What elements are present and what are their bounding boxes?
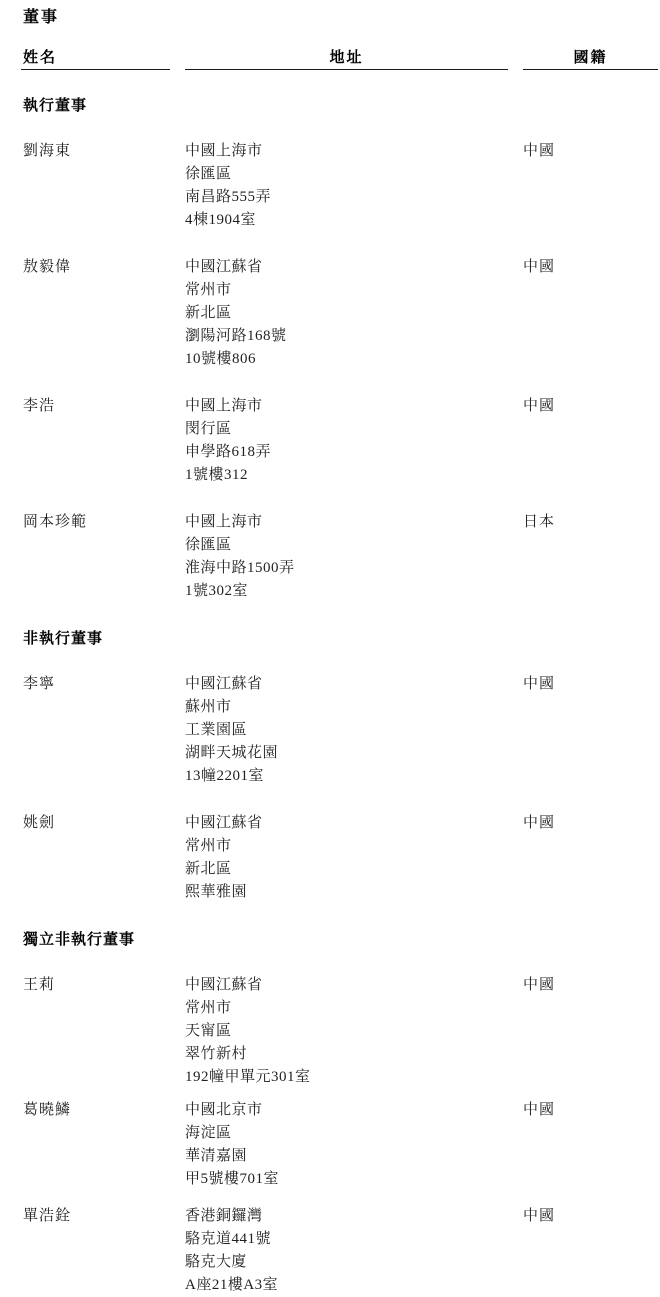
director-name: 李寧 [21, 673, 185, 788]
address-line: 蘇州市 [185, 696, 523, 719]
address-line: 徐匯區 [185, 534, 523, 557]
address-line: 華清嘉園 [185, 1145, 523, 1168]
column-header-nationality: 國籍 [523, 50, 658, 70]
address-line: 中國上海市 [185, 395, 523, 418]
director-nationality: 中國 [523, 1099, 660, 1191]
director-address: 中國上海市徐匯區南昌路555弄4棟1904室 [185, 140, 523, 232]
director-name: 葛曉鱗 [21, 1099, 185, 1191]
director-nationality: 中國 [523, 673, 660, 788]
director-nationality: 中國 [523, 256, 660, 371]
column-header-name-cell: 姓名 [21, 50, 185, 70]
director-nationality: 中國 [523, 1205, 660, 1297]
address-line: 13幢2201室 [185, 765, 523, 788]
address-line: 中國上海市 [185, 140, 523, 163]
director-address: 中國江蘇省常州市天甯區翠竹新村192幢甲單元301室 [185, 974, 523, 1089]
address-line: 4棟1904室 [185, 209, 523, 232]
director-address: 中國江蘇省蘇州市工業園區湖畔天城花園13幢2201室 [185, 673, 523, 788]
address-line: 中國江蘇省 [185, 974, 523, 997]
address-line: 申學路618弄 [185, 441, 523, 464]
address-line: 駱克大廈 [185, 1251, 523, 1274]
director-address: 中國上海市徐匯區淮海中路1500弄1號302室 [185, 511, 523, 603]
director-address: 中國北京市海淀區華清嘉園甲5號樓701室 [185, 1099, 523, 1191]
address-line: 1號302室 [185, 580, 523, 603]
director-name: 李浩 [21, 395, 185, 487]
director-nationality: 中國 [523, 812, 660, 904]
address-line: 1號樓312 [185, 464, 523, 487]
address-line: 中國上海市 [185, 511, 523, 534]
address-line: 常州市 [185, 835, 523, 858]
address-line: 淮海中路1500弄 [185, 557, 523, 580]
director-address: 中國江蘇省常州市新北區瀏陽河路168號10號樓806 [185, 256, 523, 371]
director-section: 非執行董事 李寧 中國江蘇省蘇州市工業園區湖畔天城花園13幢2201室 中國 姚… [21, 629, 660, 904]
director-nationality: 中國 [523, 140, 660, 232]
address-line: 南昌路555弄 [185, 186, 523, 209]
prospectus-directors-page: 董事 姓名 地址 國籍 執行董事 劉海東 中國上海市徐匯區南昌路555弄4棟19… [0, 0, 660, 1297]
director-section: 獨立非執行董事 王莉 中國江蘇省常州市天甯區翠竹新村192幢甲單元301室 中國… [21, 930, 660, 1297]
address-line: 天甯區 [185, 1020, 523, 1043]
address-line: 中國江蘇省 [185, 673, 523, 696]
section-rows: 劉海東 中國上海市徐匯區南昌路555弄4棟1904室 中國 敖毅偉 中國江蘇省常… [21, 140, 660, 603]
column-header-address: 地址 [185, 50, 508, 70]
director-nationality: 中國 [523, 395, 660, 487]
director-row: 岡本珍範 中國上海市徐匯區淮海中路1500弄1號302室 日本 [21, 511, 660, 603]
director-name: 劉海東 [21, 140, 185, 232]
section-heading: 非執行董事 [21, 629, 660, 649]
address-line: 192幢甲單元301室 [185, 1066, 523, 1089]
director-row: 敖毅偉 中國江蘇省常州市新北區瀏陽河路168號10號樓806 中國 [21, 256, 660, 371]
director-address: 中國江蘇省常州市新北區熙華雅園 [185, 812, 523, 904]
address-line: 瀏陽河路168號 [185, 325, 523, 348]
address-line: 閔行區 [185, 418, 523, 441]
director-row: 王莉 中國江蘇省常州市天甯區翠竹新村192幢甲單元301室 中國 [21, 974, 660, 1089]
address-line: 中國北京市 [185, 1099, 523, 1122]
table-header-row: 姓名 地址 國籍 [21, 50, 660, 70]
column-header-nationality-cell: 國籍 [523, 50, 660, 70]
director-row: 姚劍 中國江蘇省常州市新北區熙華雅園 中國 [21, 812, 660, 904]
director-address: 香港銅鑼灣駱克道441號駱克大廈A座21樓A3室 [185, 1205, 523, 1297]
director-row: 李浩 中國上海市閔行區申學路618弄1號樓312 中國 [21, 395, 660, 487]
address-line: 甲5號樓701室 [185, 1168, 523, 1191]
director-row: 葛曉鱗 中國北京市海淀區華清嘉園甲5號樓701室 中國 [21, 1099, 660, 1191]
address-line: 常州市 [185, 279, 523, 302]
address-line: 徐匯區 [185, 163, 523, 186]
address-line: 新北區 [185, 858, 523, 881]
column-header-address-cell: 地址 [185, 50, 523, 70]
page-title: 董事 [21, 8, 660, 28]
address-line: 湖畔天城花園 [185, 742, 523, 765]
directors-table-body: 執行董事 劉海東 中國上海市徐匯區南昌路555弄4棟1904室 中國 敖毅偉 中… [21, 96, 660, 1297]
address-line: 熙華雅園 [185, 881, 523, 904]
address-line: 新北區 [185, 302, 523, 325]
address-line: 常州市 [185, 997, 523, 1020]
director-name: 敖毅偉 [21, 256, 185, 371]
section-rows: 王莉 中國江蘇省常州市天甯區翠竹新村192幢甲單元301室 中國 葛曉鱗 中國北… [21, 974, 660, 1297]
address-line: 駱克道441號 [185, 1228, 523, 1251]
director-name: 王莉 [21, 974, 185, 1089]
address-line: 工業園區 [185, 719, 523, 742]
address-line: 中國江蘇省 [185, 812, 523, 835]
director-name: 單浩銓 [21, 1205, 185, 1297]
director-address: 中國上海市閔行區申學路618弄1號樓312 [185, 395, 523, 487]
section-heading: 執行董事 [21, 96, 660, 116]
director-row: 李寧 中國江蘇省蘇州市工業園區湖畔天城花園13幢2201室 中國 [21, 673, 660, 788]
director-row: 單浩銓 香港銅鑼灣駱克道441號駱克大廈A座21樓A3室 中國 [21, 1205, 660, 1297]
address-line: 10號樓806 [185, 348, 523, 371]
director-name: 岡本珍範 [21, 511, 185, 603]
director-name: 姚劍 [21, 812, 185, 904]
address-line: 翠竹新村 [185, 1043, 523, 1066]
section-rows: 李寧 中國江蘇省蘇州市工業園區湖畔天城花園13幢2201室 中國 姚劍 中國江蘇… [21, 673, 660, 904]
director-nationality: 中國 [523, 974, 660, 1089]
address-line: A座21樓A3室 [185, 1274, 523, 1297]
director-nationality: 日本 [523, 511, 660, 603]
section-heading: 獨立非執行董事 [21, 930, 660, 950]
director-section: 執行董事 劉海東 中國上海市徐匯區南昌路555弄4棟1904室 中國 敖毅偉 中… [21, 96, 660, 603]
column-header-name: 姓名 [21, 50, 170, 70]
address-line: 中國江蘇省 [185, 256, 523, 279]
address-line: 香港銅鑼灣 [185, 1205, 523, 1228]
director-row: 劉海東 中國上海市徐匯區南昌路555弄4棟1904室 中國 [21, 140, 660, 232]
address-line: 海淀區 [185, 1122, 523, 1145]
